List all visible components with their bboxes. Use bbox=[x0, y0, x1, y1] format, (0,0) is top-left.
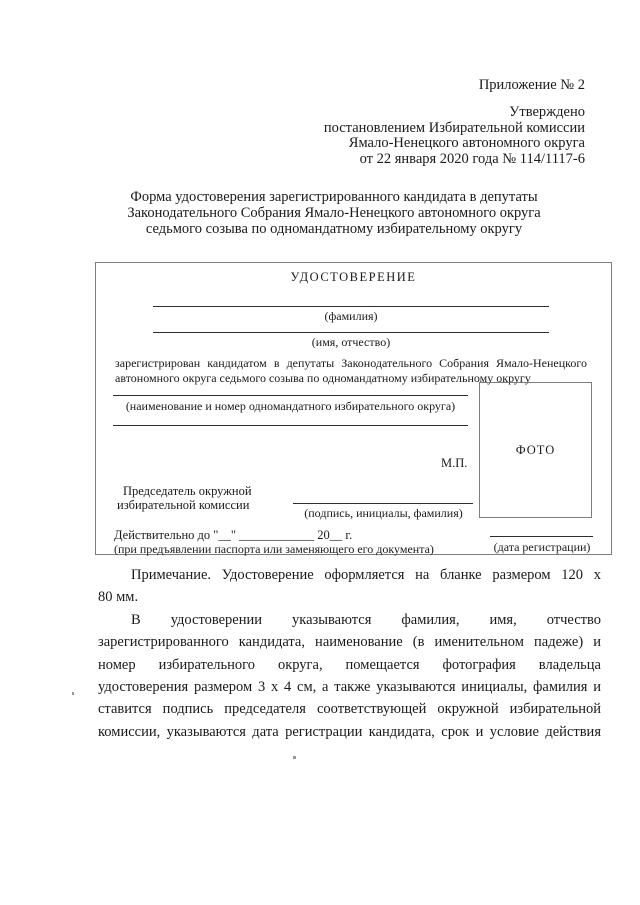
photo-placeholder-label: ФОТО bbox=[516, 443, 556, 458]
note-line: зарегистрированного кандидата, наименова… bbox=[98, 631, 601, 653]
passport-note-label: (при предъявлении паспорта или заменяюще… bbox=[114, 542, 434, 557]
stamp-placeholder: М.П. bbox=[441, 456, 467, 471]
note-block: Примечание. Удостоверение оформляется на… bbox=[98, 564, 601, 743]
district-label: (наименование и номер одномандатного изб… bbox=[113, 399, 468, 414]
valid-until-line: Действительно до "__" ____________ 20__ … bbox=[114, 528, 352, 543]
title-line: Законодательного Собрания Ямало-Ненецког… bbox=[94, 206, 574, 222]
note-line: номер избирательного округа, помещается … bbox=[98, 654, 601, 676]
document-page: Приложение № 2 Утверждено постановлением… bbox=[0, 0, 640, 905]
district-fill-line-2 bbox=[113, 425, 468, 426]
title-line: седьмого созыва по одномандатному избира… bbox=[94, 222, 574, 238]
appendix-number: Приложение № 2 bbox=[479, 78, 585, 94]
name-label: (имя, отчество) bbox=[153, 335, 549, 350]
note-line: комиссии, указываются дата регистрации к… bbox=[98, 721, 601, 743]
approval-line: Ямало-Ненецкого автономного округа bbox=[324, 136, 585, 152]
document-title: Форма удостоверения зарегистрированного … bbox=[94, 190, 574, 237]
note-line: 80 мм. bbox=[98, 586, 601, 608]
certificate-form-box: УДОСТОВЕРЕНИЕ (фамилия) (имя, отчество) … bbox=[95, 262, 612, 555]
title-line: Форма удостоверения зарегистрированного … bbox=[94, 190, 574, 206]
signature-label: (подпись, инициалы, фамилия) bbox=[286, 506, 481, 521]
registration-date-fill-line bbox=[490, 536, 593, 537]
chairman-title-line2: избирательной комиссии bbox=[117, 498, 249, 513]
certificate-heading: УДОСТОВЕРЕНИЕ bbox=[96, 270, 611, 285]
scan-speck bbox=[293, 756, 296, 759]
approval-block: Утверждено постановлением Избирательной … bbox=[324, 105, 585, 167]
surname-label: (фамилия) bbox=[153, 309, 549, 324]
note-line: удостоверения размером 3 х 4 см, а также… bbox=[98, 676, 601, 698]
surname-fill-line bbox=[153, 306, 549, 307]
note-line: Примечание. Удостоверение оформляется на… bbox=[98, 564, 601, 586]
photo-placeholder-box: ФОТО bbox=[479, 382, 592, 518]
registered-text-line1: зарегистрирован кандидатом в депутаты За… bbox=[115, 356, 587, 371]
name-fill-line bbox=[153, 332, 549, 333]
note-line: В удостоверении указываются фамилия, имя… bbox=[98, 609, 601, 631]
note-line: ставится подпись председателя соответств… bbox=[98, 698, 601, 720]
scan-speck bbox=[72, 692, 74, 695]
approval-line: от 22 января 2020 года № 114/1117-6 bbox=[324, 152, 585, 168]
registration-date-label: (дата регистрации) bbox=[487, 540, 597, 555]
signature-fill-line bbox=[293, 503, 473, 504]
district-fill-line bbox=[113, 395, 468, 396]
chairman-title-line1: Председатель окружной bbox=[123, 484, 252, 499]
approval-line: Утверждено bbox=[324, 105, 585, 121]
approval-line: постановлением Избирательной комиссии bbox=[324, 121, 585, 137]
